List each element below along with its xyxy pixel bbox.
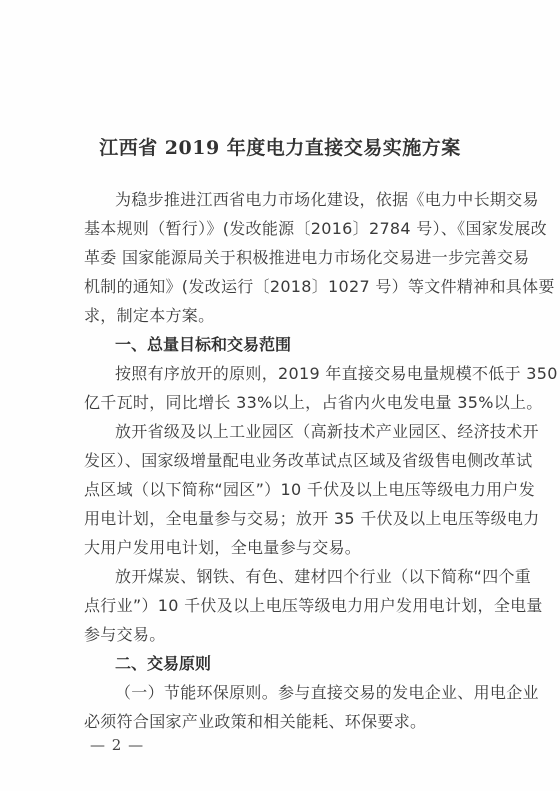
- paragraph-line: 发区）、国家级增量配电业务改革试点区域及省级售电侧改革试: [84, 449, 496, 473]
- paragraph-line: 大用户发用电计划，全电量参与交易。: [84, 536, 496, 560]
- paragraph-line: 点行业”）10 千伏及以上电压等级电力用户发用电计划，全电量: [84, 594, 496, 618]
- paragraph-line: 放开煤炭、钢铁、有色、建材四个行业（以下简称“四个重: [115, 565, 496, 589]
- paragraph-line: 为稳步推进江西省电力市场化建设，依据《电力中长期交易: [115, 188, 496, 212]
- paragraph-line: 放开省级及以上工业园区（高新技术产业园区、经济技术开: [115, 420, 496, 444]
- document-page: 江西省 2019 年度电力直接交易实施方案 为稳步推进江西省电力市场化建设，依据…: [0, 0, 560, 791]
- document-title: 江西省 2019 年度电力直接交易实施方案: [0, 133, 560, 160]
- paragraph-line: （一）节能环保原则。参与直接交易的发电企业、用电企业: [115, 681, 496, 705]
- paragraph-line: 用电计划，全电量参与交易；放开 35 千伏及以上电压等级电力: [84, 507, 496, 531]
- section-heading-1: 一、总量目标和交易范围: [115, 333, 291, 357]
- paragraph-line: 革委 国家能源局关于积极推进电力市场化交易进一步完善交易: [84, 246, 496, 270]
- page-number: — 2 —: [90, 736, 144, 754]
- paragraph-line: 参与交易。: [84, 623, 496, 647]
- paragraph-line: 机制的通知》(发改运行〔2018〕1027 号）等文件精神和具体要: [84, 275, 496, 299]
- paragraph-line: 必须符合国家产业政策和相关能耗、环保要求。: [84, 710, 496, 734]
- paragraph-line: 亿千瓦时，同比增长 33%以上，占省内火电发电量 35%以上。: [84, 391, 496, 415]
- paragraph-line: 按照有序放开的原则，2019 年直接交易电量规模不低于 350: [115, 362, 496, 386]
- paragraph-line: 求，制定本方案。: [84, 304, 496, 328]
- paragraph-line: 点区域（以下简称“园区”）10 千伏及以上电压等级电力用户发: [84, 478, 496, 502]
- paragraph-line: 基本规则（暂行）》(发改能源〔2016〕2784 号）、《国家发展改: [84, 217, 496, 241]
- section-heading-2: 二、交易原则: [115, 652, 211, 676]
